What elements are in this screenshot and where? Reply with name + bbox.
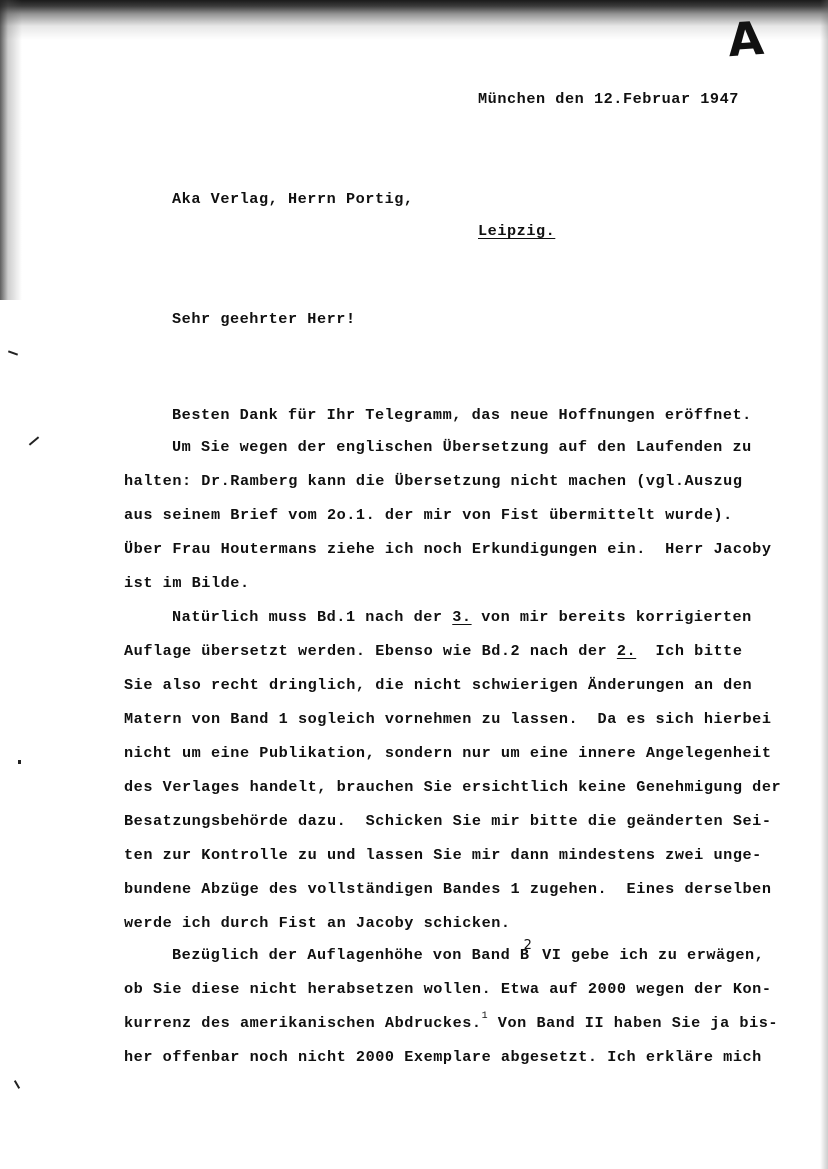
text-segment: Natürlich muss Bd.1 nach der xyxy=(172,608,452,626)
text-segment: von mir bereits korrigierten xyxy=(472,608,752,626)
text-line: kurrenz des amerikanischen Abdruckes.1 V… xyxy=(124,1014,778,1035)
recipient-city: Leipzig. xyxy=(478,222,555,240)
text-line: halten: Dr.Ramberg kann die Übersetzung … xyxy=(124,472,743,490)
text-segment: kurrenz des amerikanischen Abdruckes. xyxy=(124,1014,482,1032)
text-line: ob Sie diese nicht herabsetzen wollen. E… xyxy=(124,980,772,998)
text-line: Über Frau Houtermans ziehe ich noch Erku… xyxy=(124,540,772,558)
text-line: werde ich durch Fist an Jacoby schicken. xyxy=(124,914,511,932)
scan-speck xyxy=(14,1080,20,1089)
text-line: Um Sie wegen der englischen Übersetzung … xyxy=(172,438,752,456)
scan-speck xyxy=(18,760,21,764)
underlined-edition: 2. xyxy=(617,642,636,660)
handwritten-correction: 2 xyxy=(524,938,533,953)
text-line: Besatzungsbehörde dazu. Schicken Sie mir… xyxy=(124,812,772,830)
text-line: Besten Dank für Ihr Telegramm, das neue … xyxy=(172,406,752,424)
footnote-marker: 1 xyxy=(482,1011,489,1022)
text-line: aus seinem Brief vom 2o.1. der mir von F… xyxy=(124,506,733,524)
place-date: München den 12.Februar 1947 xyxy=(478,90,739,108)
scan-edge-right xyxy=(820,0,828,1169)
text-segment: Von Band II haben Sie ja bis- xyxy=(488,1014,778,1032)
text-line: nicht um eine Publikation, sondern nur u… xyxy=(124,744,772,762)
text-line: ist im Bilde. xyxy=(124,574,250,592)
text-line: Bezüglich der Auflagenhöhe von Band B2 V… xyxy=(172,946,764,965)
scan-edge-left xyxy=(0,0,22,300)
text-line: Natürlich muss Bd.1 nach der 3. von mir … xyxy=(172,608,752,626)
salutation: Sehr geehrter Herr! xyxy=(172,310,356,328)
text-line: ten zur Kontrolle zu und lassen Sie mir … xyxy=(124,846,762,864)
archive-mark: A xyxy=(726,11,765,67)
text-segment: VI gebe ich zu erwägen, xyxy=(532,946,764,964)
scan-edge-top xyxy=(0,0,828,40)
text-line: Matern von Band 1 sogleich vornehmen zu … xyxy=(124,710,772,728)
text-line: bundene Abzüge des vollständigen Bandes … xyxy=(124,880,772,898)
underlined-edition: 3. xyxy=(452,608,471,626)
text-line: her offenbar noch nicht 2000 Exemplare a… xyxy=(124,1048,762,1066)
scan-speck xyxy=(8,350,18,355)
text-segment: Ich bitte xyxy=(636,642,742,660)
recipient: Aka Verlag, Herrn Portig, xyxy=(172,190,414,208)
text-line: des Verlages handelt, brauchen Sie ersic… xyxy=(124,778,781,796)
scan-speck xyxy=(29,436,39,445)
text-segment: Auflage übersetzt werden. Ebenso wie Bd.… xyxy=(124,642,617,660)
text-line: Sie also recht dringlich, die nicht schw… xyxy=(124,676,752,694)
text-line: Auflage übersetzt werden. Ebenso wie Bd.… xyxy=(124,642,743,660)
text-segment: Bezüglich der Auflagenhöhe von Band B xyxy=(172,946,530,964)
